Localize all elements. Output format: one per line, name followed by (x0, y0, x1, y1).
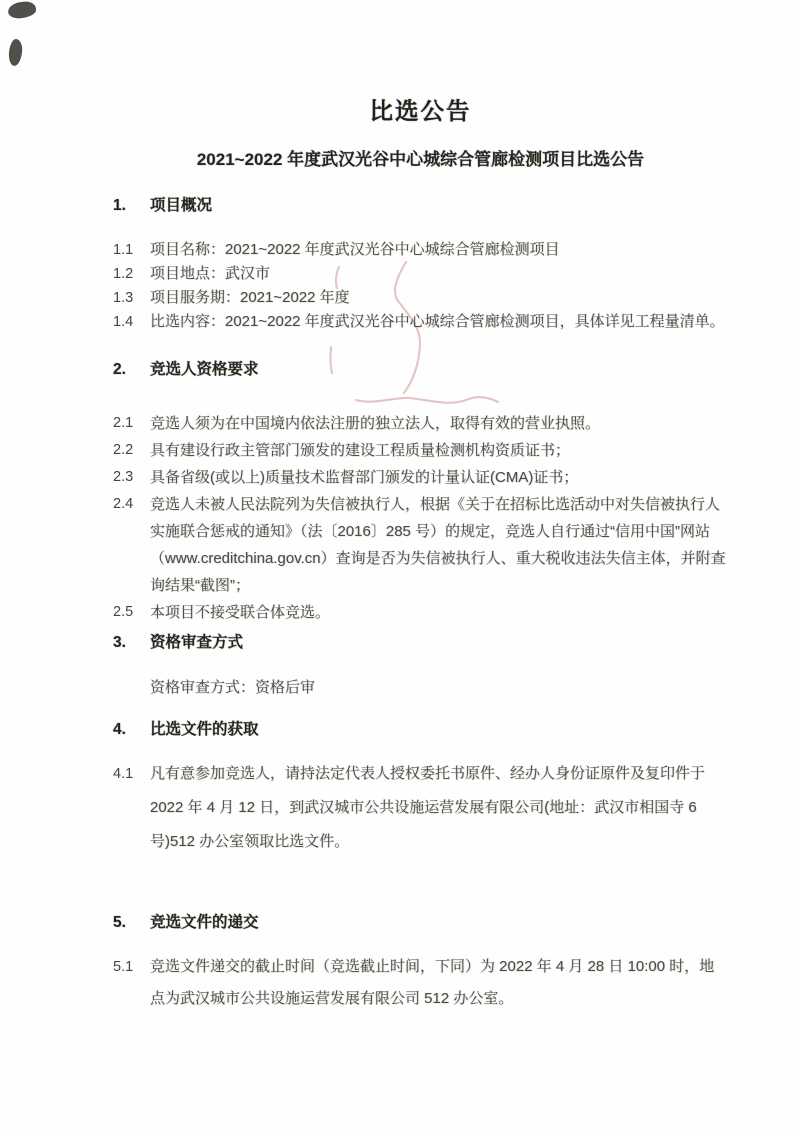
section-number: 2. (113, 360, 150, 380)
list-item: 2.5 本项目不接受联合体竞选。 (113, 599, 728, 626)
item-text: 本项目不接受联合体竞选。 (150, 599, 728, 626)
section-heading-text: 竞选文件的递交 (150, 913, 259, 933)
item-text: 竞选人须为在中国境内依法注册的独立法人，取得有效的营业执照。 (150, 410, 728, 437)
section-items: 5.1 竞选文件递交的截止时间（竞选截止时间，下同）为 2022 年 4 月 2… (113, 951, 728, 1015)
section-items: 4.1 凡有意参加竞选人，请持法定代表人授权委托书原件、经办人身份证原件及复印件… (113, 757, 728, 859)
item-number: 2.5 (113, 599, 150, 626)
section-heading-text: 资格审查方式 (150, 633, 243, 653)
section-items: 2.1 竞选人须为在中国境内依法注册的独立法人，取得有效的营业执照。 2.2 具… (113, 410, 728, 626)
section-number: 5. (113, 913, 150, 933)
list-item: 5.1 竞选文件递交的截止时间（竞选截止时间，下同）为 2022 年 4 月 2… (113, 951, 728, 1015)
list-item: 1.3 项目服务期：2021~2022 年度 (113, 286, 728, 310)
item-text: 资格审查方式：资格后审 (150, 674, 728, 701)
document-body: 比选公告 2021~2022 年度武汉光谷中心城综合管廊检测项目比选公告 1. … (0, 0, 800, 1015)
item-number: 1.3 (113, 286, 150, 310)
item-number: 2.4 (113, 491, 150, 599)
section-heading-text: 比选文件的获取 (150, 720, 259, 740)
section-heading: 3. 资格审查方式 (113, 633, 728, 653)
section: 4. 比选文件的获取 4.1 凡有意参加竞选人，请持法定代表人授权委托书原件、经… (113, 720, 728, 859)
section-heading-text: 竞选人资格要求 (150, 360, 259, 380)
item-text: 竞选文件递交的截止时间（竞选截止时间，下同）为 2022 年 4 月 28 日 … (150, 951, 728, 1015)
list-item: 2.2 具有建设行政主管部门颁发的建设工程质量检测机构资质证书； (113, 437, 728, 464)
list-item: 4.1 凡有意参加竞选人，请持法定代表人授权委托书原件、经办人身份证原件及复印件… (113, 757, 728, 859)
section-items: 1.1 项目名称：2021~2022 年度武汉光谷中心城综合管廊检测项目 1.2… (113, 238, 728, 334)
item-text: 具备省级(或以上)质量技术监督部门颁发的计量认证(CMA)证书； (150, 464, 728, 491)
section-heading: 2. 竞选人资格要求 (113, 360, 728, 380)
section: 5. 竞选文件的递交 5.1 竞选文件递交的截止时间（竞选截止时间，下同）为 2… (113, 913, 728, 1015)
item-text: 项目服务期：2021~2022 年度 (150, 286, 728, 310)
item-number: 2.1 (113, 410, 150, 437)
item-number: 1.2 (113, 262, 150, 286)
section: 3. 资格审查方式 资格审查方式：资格后审 (113, 633, 728, 701)
item-text: 具有建设行政主管部门颁发的建设工程质量检测机构资质证书； (150, 437, 728, 464)
item-number: 2.3 (113, 464, 150, 491)
doc-title: 比选公告 (113, 97, 728, 126)
item-text: 竞选人未被人民法院列为失信被执行人，根据《关于在招标比选活动中对失信被执行人实施… (150, 491, 728, 599)
item-text: 项目地点：武汉市 (150, 262, 728, 286)
list-item: 资格审查方式：资格后审 (113, 674, 728, 701)
item-number: 4.1 (113, 757, 150, 859)
item-text: 比选内容：2021~2022 年度武汉光谷中心城综合管廊检测项目，具体详见工程量… (150, 310, 728, 334)
section-heading-text: 项目概况 (150, 196, 212, 216)
list-item: 2.4 竞选人未被人民法院列为失信被执行人，根据《关于在招标比选活动中对失信被执… (113, 491, 728, 599)
item-number: 5.1 (113, 951, 150, 1015)
section-number: 4. (113, 720, 150, 740)
list-item: 1.1 项目名称：2021~2022 年度武汉光谷中心城综合管廊检测项目 (113, 238, 728, 262)
list-item: 2.3 具备省级(或以上)质量技术监督部门颁发的计量认证(CMA)证书； (113, 464, 728, 491)
list-item: 2.1 竞选人须为在中国境内依法注册的独立法人，取得有效的营业执照。 (113, 410, 728, 437)
doc-subtitle: 2021~2022 年度武汉光谷中心城综合管廊检测项目比选公告 (113, 149, 728, 172)
section-heading: 1. 项目概况 (113, 196, 728, 216)
sections-container: 1. 项目概况 1.1 项目名称：2021~2022 年度武汉光谷中心城综合管廊… (113, 196, 728, 1015)
section-heading: 4. 比选文件的获取 (113, 720, 728, 740)
item-number: 2.2 (113, 437, 150, 464)
section-heading: 5. 竞选文件的递交 (113, 913, 728, 933)
item-number: 1.1 (113, 238, 150, 262)
item-text: 凡有意参加竞选人，请持法定代表人授权委托书原件、经办人身份证原件及复印件于 20… (150, 757, 728, 859)
section: 1. 项目概况 1.1 项目名称：2021~2022 年度武汉光谷中心城综合管廊… (113, 196, 728, 334)
section-number: 3. (113, 633, 150, 653)
item-number: 1.4 (113, 310, 150, 334)
list-item: 1.2 项目地点：武汉市 (113, 262, 728, 286)
section-number: 1. (113, 196, 150, 216)
section-items: 资格审查方式：资格后审 (113, 674, 728, 701)
list-item: 1.4 比选内容：2021~2022 年度武汉光谷中心城综合管廊检测项目，具体详… (113, 310, 728, 334)
item-number (113, 674, 150, 701)
section: 2. 竞选人资格要求 2.1 竞选人须为在中国境内依法注册的独立法人，取得有效的… (113, 360, 728, 626)
document-page: 比选公告 2021~2022 年度武汉光谷中心城综合管廊检测项目比选公告 1. … (0, 0, 800, 1132)
item-text: 项目名称：2021~2022 年度武汉光谷中心城综合管廊检测项目 (150, 238, 728, 262)
